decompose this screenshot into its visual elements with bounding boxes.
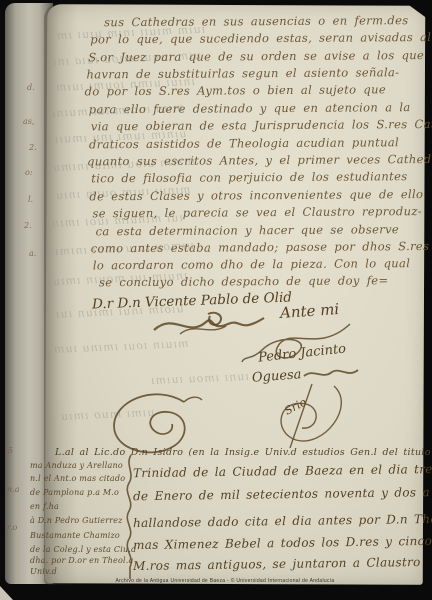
entry-line: L.al al Lic.do D.n Isidro (en la Insig.e… [55, 447, 432, 458]
manuscript-line: se concluyo dicho despacho de que doy fe… [99, 273, 389, 289]
edge-fragment: d. [27, 83, 35, 92]
manuscript-line: sus Cathedras en sus ausencias o en ferm… [104, 13, 408, 29]
manuscript-line: por lo que, que sucediendo estas, seran … [90, 30, 431, 46]
manuscript-line: tico de filosofia con perjuicio de los e… [91, 169, 407, 185]
manuscript-line: havran de substituirlas segun el asiento… [86, 65, 399, 81]
margin-note: Univ.d [30, 567, 57, 576]
manuscript-line: via que obieran de esta Jurisprudencia l… [91, 117, 432, 134]
manuscript-line: lo acordaron como dho de la pieza. Con l… [93, 256, 410, 272]
edge-fragment: l. [28, 195, 33, 204]
scanned-manuscript-photo: d. as, 2. o: l. 2. a. 5 n.a r.o ıuım mıu… [0, 0, 432, 600]
margin-note: ma Anduza y Arellano [30, 461, 123, 470]
photo-frame-bottom [0, 585, 432, 600]
margin-note: de Pamplona p.a M.o [30, 488, 119, 497]
manuscript-line: de estas Clases y otros inconvenientes q… [89, 187, 423, 203]
manuscript-line: para ello fuere destinado y que en atenc… [89, 100, 411, 116]
margin-note: à D.n Pedro Gutierrez [30, 516, 123, 525]
archive-watermark: Archivo de la Antigua Universidad de Bae… [100, 578, 350, 584]
edge-fragment: a. [29, 249, 36, 258]
manuscript-line: como antes estaba mandado; pasose por dh… [91, 239, 430, 255]
edge-fragment: as, [23, 117, 34, 126]
margin-note: de la Coleg.l y esta Ciu.d [30, 545, 136, 554]
manuscript-line: ca esta determinacion y hacer que se obs… [96, 222, 400, 238]
manuscript-line: se siguen, le parecia se vea el Claustro… [92, 204, 422, 220]
stray-page-corner [0, 586, 13, 600]
edge-fragment: o: [25, 168, 33, 177]
margin-note: Bustamante Chamizo [30, 531, 120, 540]
edge-fragment: n.a [7, 485, 19, 494]
manuscript-line: quanto sus escritos Antes, y el primer v… [87, 152, 432, 169]
manuscript-line: S.or Juez para que de su orden se avise … [88, 48, 424, 64]
edge-fragment: 5 [8, 446, 13, 455]
margin-note: dha. por D.or en Theol.a [30, 556, 133, 565]
edge-fragment: r.o [7, 523, 17, 532]
edge-fragment: 2. [24, 221, 32, 230]
margin-note: n.l el Ant.o mas citado [30, 474, 125, 483]
edge-fragment: 2. [29, 143, 37, 152]
manuscript-line: draticos asistidos de Theologia acudian … [89, 135, 399, 151]
manuscript-line: do por los S.res Aym.tos o bien al sujet… [85, 82, 386, 98]
margin-note: en f.ha [30, 502, 59, 511]
